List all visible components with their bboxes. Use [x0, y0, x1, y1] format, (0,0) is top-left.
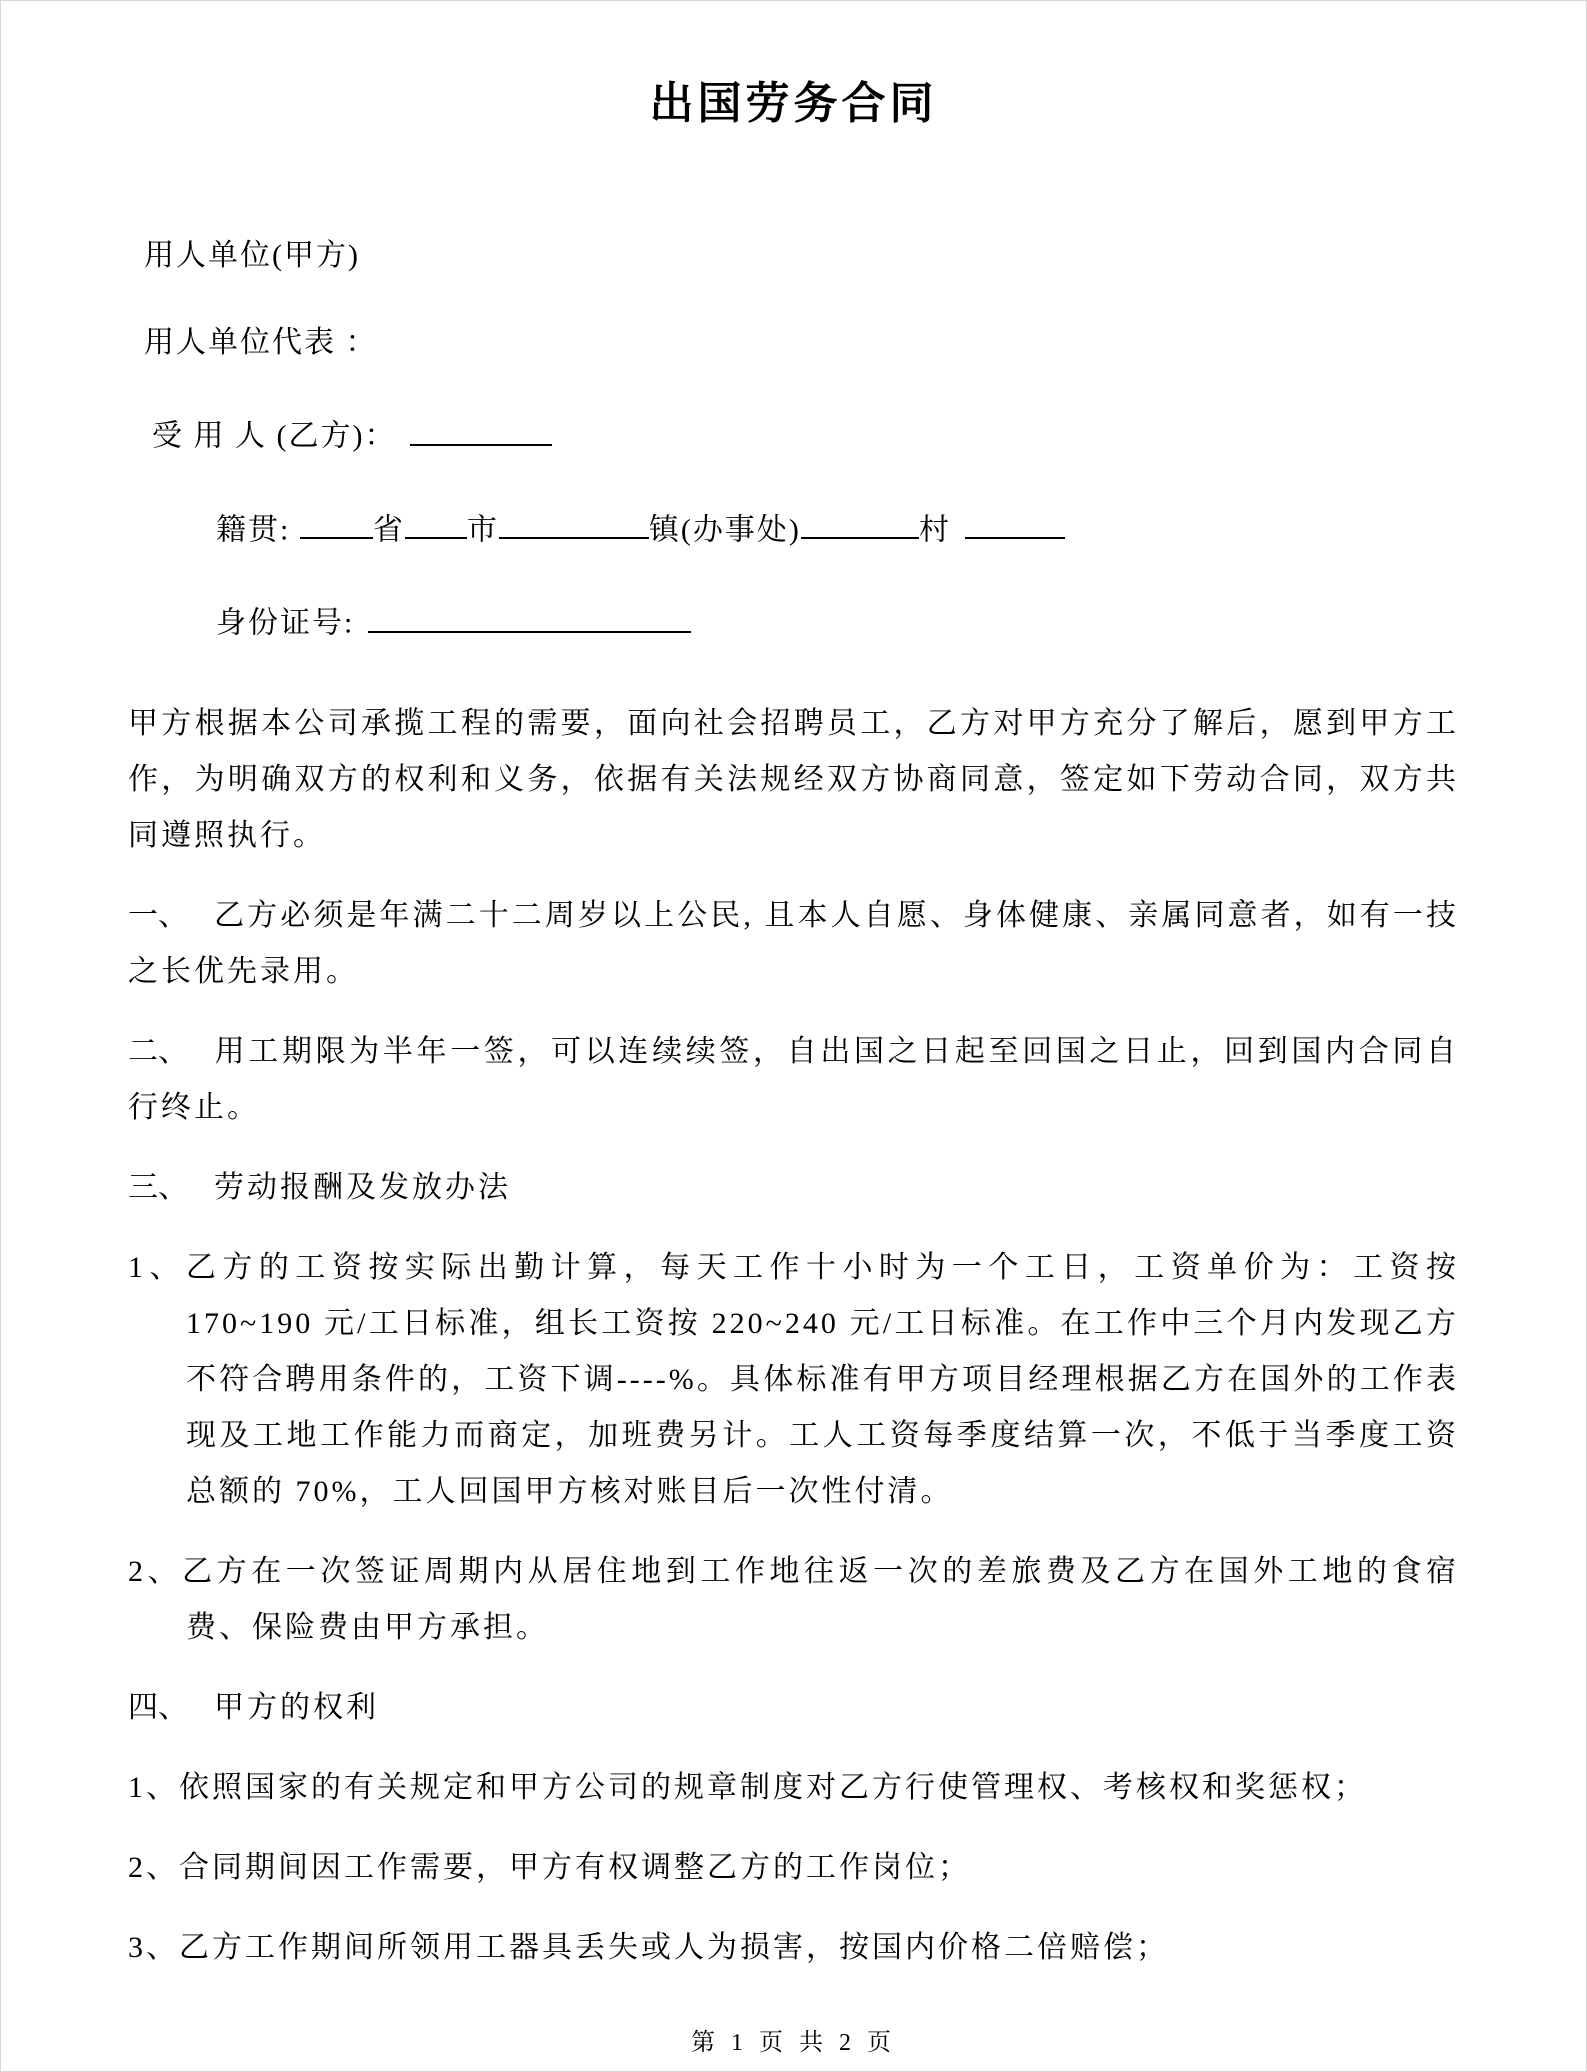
clause-4-marker: 四、 [128, 1680, 214, 1736]
salary-item-2-marker: 2、 [128, 1555, 182, 1588]
salary-item-2-text: 乙方在一次签证周期内从居住地到工作地往返一次的差旅费及乙方在国外工地的食宿费、保… [182, 1555, 1459, 1644]
preamble-paragraph: 甲方根据本公司承揽工程的需要，面向社会招聘员工，乙方对甲方充分了解后，愿到甲方工… [128, 696, 1459, 864]
clause-1: 一、乙方必须是年满二十二周岁以上公民, 且本人自愿、身体健康、亲属同意者，如有一… [128, 888, 1459, 1000]
rights-item-1: 1、依照国家的有关规定和甲方公司的规章制度对乙方行使管理权、考核权和奖惩权； [128, 1760, 1459, 1816]
clause-3-text: 劳动报酬及发放办法 [214, 1171, 511, 1204]
city-blank [405, 509, 467, 540]
document-title: 出国劳务合同 [128, 79, 1459, 129]
employee-name-blank [410, 415, 552, 446]
rights-item-3: 3、乙方工作期间所领用工器具丢失或人为损害，按国内价格二倍赔偿； [128, 1920, 1459, 1976]
village-name-blank [965, 509, 1065, 540]
clause-4-heading: 四、甲方的权利 [128, 1680, 1459, 1736]
employee-label: 受 用 人 (乙方)： [152, 420, 396, 453]
province-blank [300, 509, 373, 540]
rights-item-1-text: 依照国家的有关规定和甲方公司的规章制度对乙方行使管理权、考核权和奖惩权； [179, 1771, 1367, 1804]
province-suffix: 省 [373, 513, 405, 546]
clause-1-marker: 一、 [128, 888, 214, 944]
rights-item-2-text: 合同期间因工作需要，甲方有权调整乙方的工作岗位； [179, 1851, 971, 1884]
salary-item-1-marker: 1、 [128, 1251, 186, 1284]
clause-2: 二、用工期限为半年一签，可以连续续签，自出国之日起至回国之日止，回到国内合同自行… [128, 1024, 1459, 1136]
salary-item-1: 1、乙方的工资按实际出勤计算，每天工作十小时为一个工日，工资单价为：工资按 17… [128, 1240, 1459, 1520]
id-number-blank [368, 602, 691, 633]
clause-3-marker: 三、 [128, 1160, 214, 1216]
rights-item-3-text: 乙方工作期间所领用工器具丢失或人为损害，按国内价格二倍赔偿； [179, 1931, 1169, 1964]
town-suffix: 镇(办事处) [649, 513, 801, 546]
employer-label: 用人单位(甲方) [144, 239, 360, 272]
representative-label: 用人单位代表 ： [144, 326, 378, 359]
employer-field: 用人单位(甲方) [128, 241, 1459, 271]
rights-item-1-marker: 1、 [128, 1771, 179, 1804]
rights-item-3-marker: 3、 [128, 1931, 179, 1964]
rights-item-2: 2、合同期间因工作需要，甲方有权调整乙方的工作岗位； [128, 1840, 1459, 1896]
rights-item-2-marker: 2、 [128, 1851, 179, 1884]
clause-2-text: 用工期限为半年一签，可以连续续签，自出国之日起至回国之日止，回到国内合同自行终止… [128, 1035, 1459, 1124]
clause-4-text: 甲方的权利 [214, 1691, 379, 1724]
salary-item-2: 2、乙方在一次签证周期内从居住地到工作地往返一次的差旅费及乙方在国外工地的食宿费… [128, 1544, 1459, 1656]
contract-page: 出国劳务合同 用人单位(甲方) 用人单位代表 ： 受 用 人 (乙方)： 籍贯:… [0, 0, 1587, 2072]
clause-2-marker: 二、 [128, 1024, 214, 1080]
page-footer: 第 1 页 共 2 页 [1, 2022, 1586, 2057]
header-fields: 用人单位(甲方) 用人单位代表 ： 受 用 人 (乙方)： 籍贯: 省市镇(办事… [128, 241, 1459, 639]
id-number-label: 身份证号: [216, 607, 354, 640]
town-blank [499, 509, 649, 540]
representative-field: 用人单位代表 ： [128, 328, 1459, 358]
employee-field: 受 用 人 (乙方)： [128, 415, 1459, 452]
id-number-field: 身份证号: [128, 602, 1459, 639]
city-suffix: 市 [467, 513, 499, 546]
origin-label: 籍贯: [216, 513, 290, 546]
village-blank [801, 509, 919, 540]
village-suffix: 村 [919, 513, 951, 546]
salary-item-1-text: 乙方的工资按实际出勤计算，每天工作十小时为一个工日，工资单价为：工资按 170~… [186, 1251, 1459, 1508]
page-indicator: 第 1 页 共 2 页 [691, 2030, 896, 2056]
origin-field: 籍贯: 省市镇(办事处)村 [128, 509, 1459, 546]
clause-3-heading: 三、劳动报酬及发放办法 [128, 1160, 1459, 1216]
clause-1-text: 乙方必须是年满二十二周岁以上公民, 且本人自愿、身体健康、亲属同意者，如有一技之… [128, 899, 1459, 988]
document-content: 出国劳务合同 用人单位(甲方) 用人单位代表 ： 受 用 人 (乙方)： 籍贯:… [1, 1, 1586, 1976]
